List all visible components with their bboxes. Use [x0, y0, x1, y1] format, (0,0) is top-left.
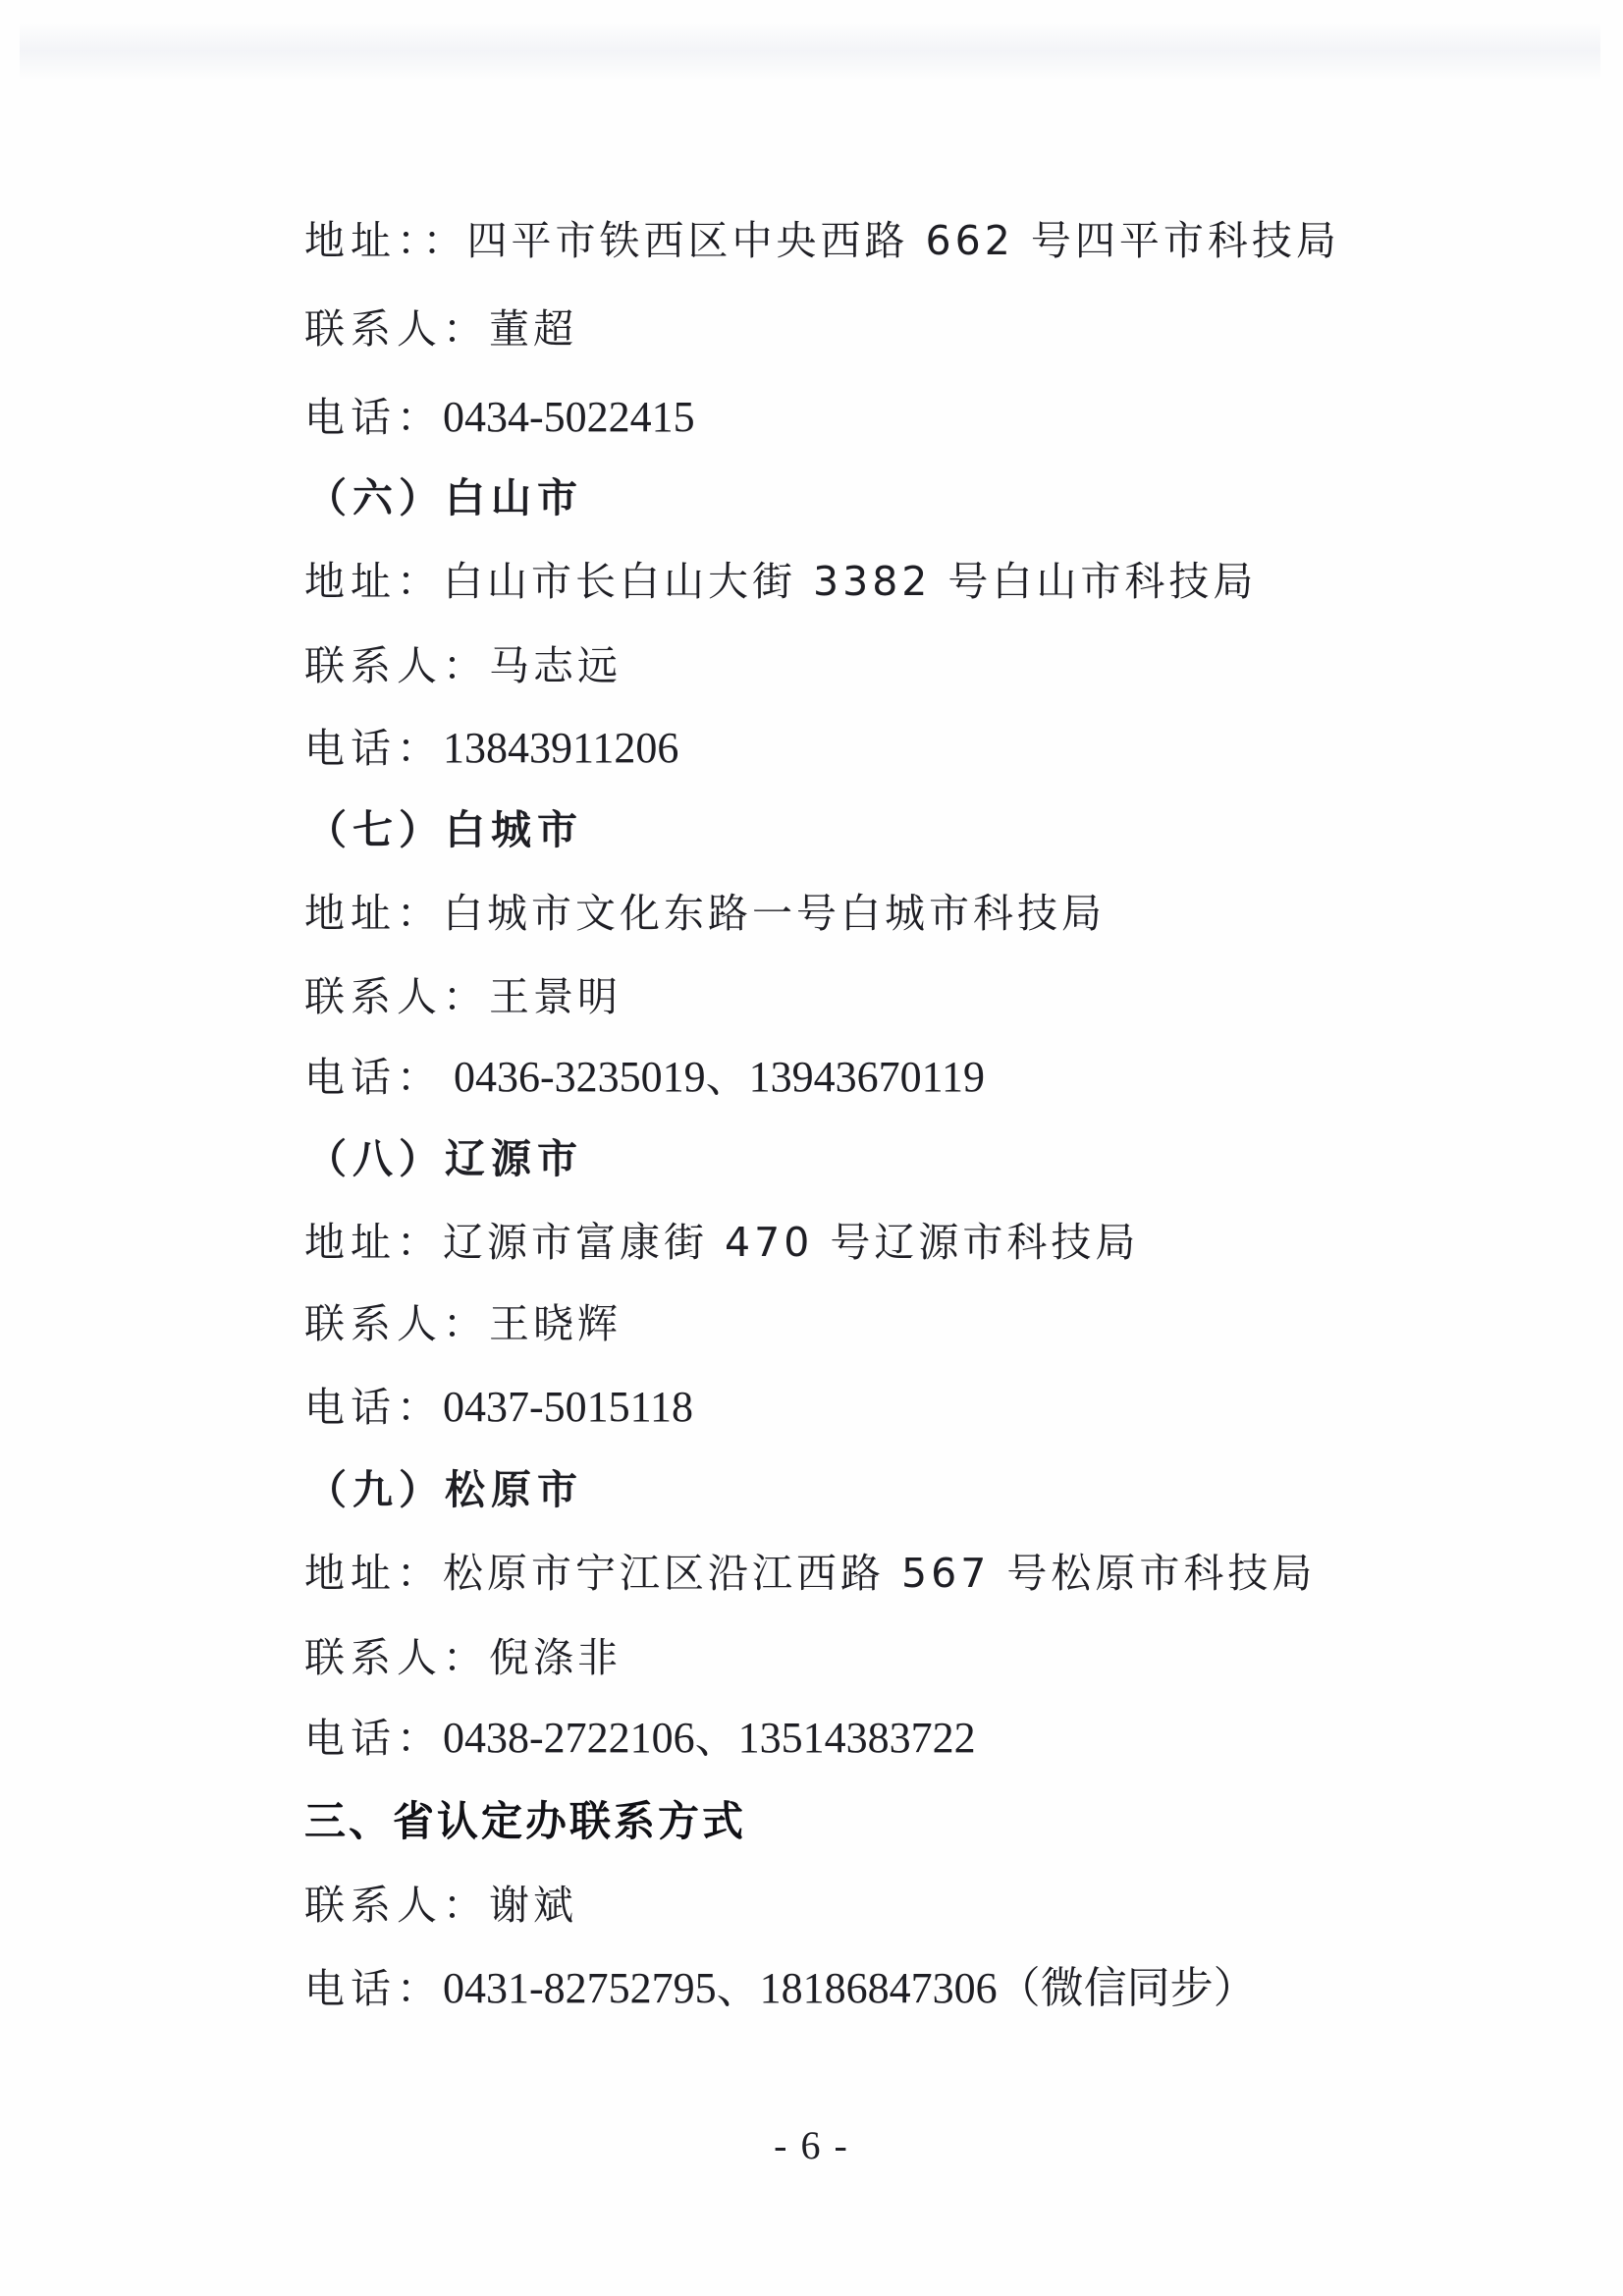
- field-label: 联系人：: [304, 973, 489, 1020]
- document-page: 地址：：四平市铁西区中央西路 662 号四平市科技局 联系人：董超 电话：043…: [0, 0, 1623, 2296]
- field-value: 0437-5015118: [443, 1383, 693, 1431]
- siping-phone-line: 电话：0434-5022415: [304, 388, 695, 447]
- field-value: 白城市文化东路一号白城市科技局: [443, 890, 1106, 937]
- field-value: 0438-2722106、13514383722: [443, 1714, 976, 1762]
- baicheng-phone-line: 电话： 0436-3235019、13943670119: [304, 1048, 985, 1107]
- section-heading-provincial-office: 三、省认定办联系方式: [304, 1792, 746, 1851]
- field-label: 地址：: [304, 890, 443, 937]
- field-label: 地址：: [304, 1219, 443, 1266]
- subheading-songyuan: （九）松原市: [306, 1460, 583, 1519]
- liaoyuan-contact-line: 联系人：王晓辉: [304, 1294, 622, 1353]
- field-label: 电话：: [304, 1384, 443, 1431]
- field-label: 地址：: [304, 558, 443, 605]
- songyuan-contact-line: 联系人：倪涤非: [304, 1628, 622, 1687]
- field-label: 电话：: [304, 1715, 443, 1762]
- field-label: 地址：: [304, 217, 423, 264]
- baishan-contact-line: 联系人：马志远: [304, 636, 622, 695]
- field-label: 联系人：: [304, 1634, 489, 1681]
- field-value: 辽源市富康街 470 号辽源市科技局: [443, 1219, 1139, 1266]
- field-value: 王景明: [489, 973, 622, 1020]
- songyuan-phone-line: 电话：0438-2722106、13514383722: [304, 1709, 976, 1768]
- baishan-phone-line: 电话：13843911206: [304, 719, 678, 778]
- siping-contact-line: 联系人：董超: [304, 300, 577, 358]
- liaoyuan-phone-line: 电话：0437-5015118: [304, 1378, 693, 1437]
- field-value: 0434-5022415: [443, 393, 695, 441]
- subheading-liaoyuan: （八）辽源市: [306, 1129, 583, 1188]
- field-label: 电话：: [304, 1054, 443, 1101]
- field-label: 地址：: [304, 1550, 443, 1597]
- field-value: 董超: [489, 305, 577, 353]
- provincial-contact-line: 联系人：谢斌: [304, 1876, 577, 1935]
- field-label: 电话：: [304, 394, 443, 441]
- field-value: 0431-82752795、18186847306（微信同步）: [443, 1964, 1257, 2012]
- field-value: 谢斌: [489, 1882, 577, 1929]
- provincial-phone-line: 电话：0431-82752795、18186847306（微信同步）: [304, 1959, 1257, 2018]
- field-label: 联系人：: [304, 1882, 489, 1929]
- field-value: 13843911206: [443, 724, 678, 772]
- field-value: 王晓辉: [489, 1300, 622, 1347]
- subheading-baishan: （六）白山市: [306, 468, 583, 527]
- baicheng-address-line: 地址：白城市文化东路一号白城市科技局: [304, 884, 1106, 943]
- field-value: ：四平市铁西区中央西路 662 号四平市科技局: [423, 217, 1340, 264]
- songyuan-address-line: 地址：松原市宁江区沿江西路 567 号松原市科技局: [304, 1544, 1316, 1603]
- baishan-address-line: 地址：白山市长白山大街 3382 号白山市科技局: [304, 552, 1257, 611]
- field-label: 联系人：: [304, 305, 489, 353]
- page-number: - 6 -: [0, 2116, 1623, 2175]
- subheading-baicheng: （七）白城市: [306, 800, 583, 859]
- field-label: 联系人：: [304, 1300, 489, 1347]
- siping-address-line: 地址：：四平市铁西区中央西路 662 号四平市科技局: [304, 211, 1340, 270]
- field-value: 白山市长白山大街 3382 号白山市科技局: [443, 558, 1257, 605]
- scan-artifact: [20, 22, 1600, 81]
- liaoyuan-address-line: 地址：辽源市富康街 470 号辽源市科技局: [304, 1213, 1139, 1272]
- field-value: 0436-3235019、13943670119: [443, 1053, 985, 1101]
- field-value: 松原市宁江区沿江西路 567 号松原市科技局: [443, 1550, 1316, 1597]
- field-value: 马志远: [489, 642, 622, 689]
- field-label: 电话：: [304, 1965, 443, 2012]
- field-value: 倪涤非: [489, 1634, 622, 1681]
- field-label: 电话：: [304, 725, 443, 772]
- baicheng-contact-line: 联系人：王景明: [304, 967, 622, 1026]
- field-label: 联系人：: [304, 642, 489, 689]
